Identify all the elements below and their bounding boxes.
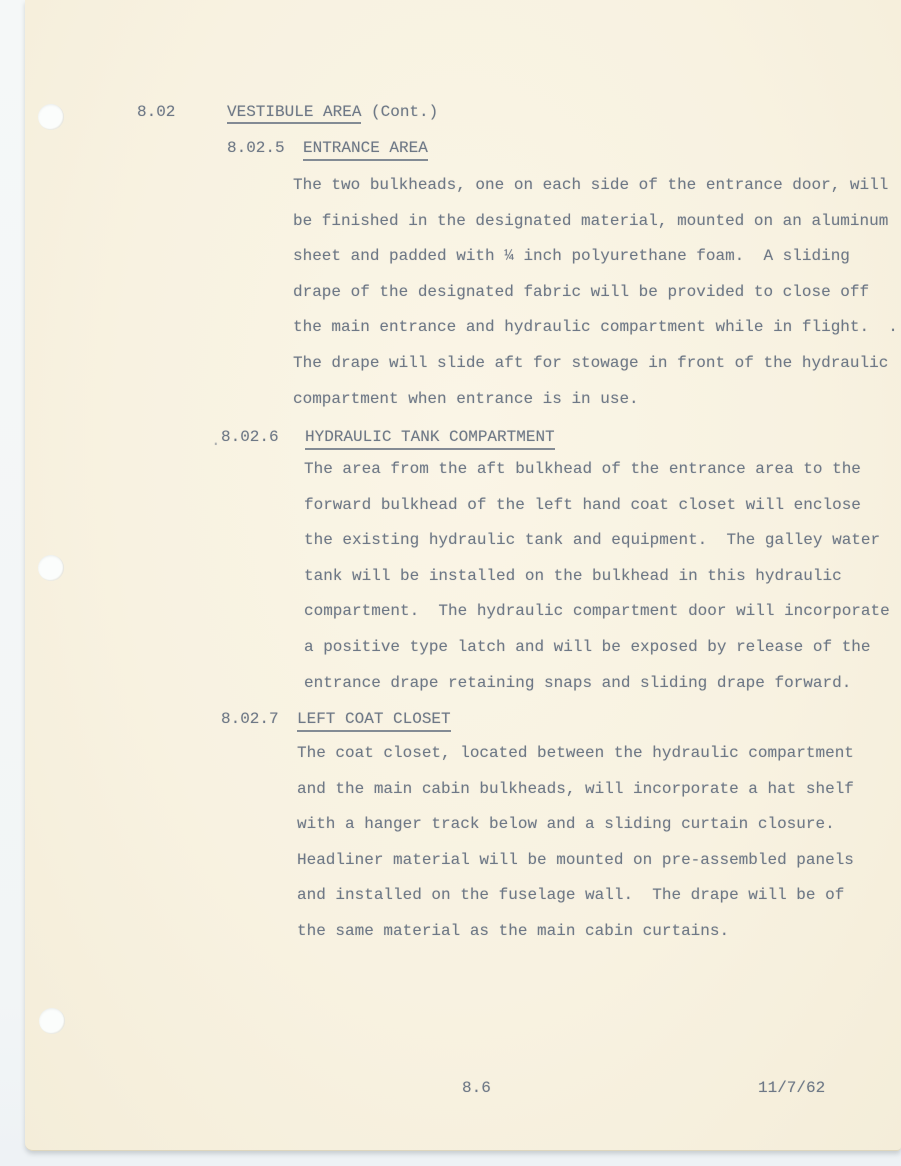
body-line: Headliner material will be mounted on pr… [297,843,854,879]
body-line: compartment. The hydraulic compartment d… [304,594,890,630]
body-line: The drape will slide aft for stowage in … [293,346,898,382]
body-line: be finished in the designated material, … [293,204,898,240]
subsection-title: LEFT COAT CLOSET [297,710,451,732]
body-line: with a hanger track below and a sliding … [297,807,854,843]
body-line: entrance drape retaining snaps and slidi… [304,666,890,702]
section-number: 8.02 [137,103,175,122]
body-line: The area from the aft bulkhead of the en… [304,452,890,488]
body-line: the main entrance and hydraulic compartm… [293,310,898,346]
body-line: sheet and padded with ¼ inch polyurethan… [293,239,898,275]
subsection-body: The coat closet, located between the hyd… [297,736,854,950]
body-line: the same material as the main cabin curt… [297,914,854,950]
subsection-number: 8.02.6 [221,428,279,447]
subsection-title: ENTRANCE AREA [303,139,428,161]
footer-page-number: 8.6 [462,1079,491,1098]
body-line: forward bulkhead of the left hand coat c… [304,488,890,524]
section-title-suffix: (Cont.) [361,103,438,121]
body-line: drape of the designated fabric will be p… [293,275,898,311]
body-line: and the main cabin bulkheads, will incor… [297,772,854,808]
body-line: a positive type latch and will be expose… [304,630,890,666]
body-line: The two bulkheads, one on each side of t… [293,168,898,204]
section-heading: VESTIBULE AREA (Cont.) [227,103,438,122]
stray-mark: . [211,432,221,451]
punch-hole-middle [38,555,64,581]
footer-date: 11/7/62 [758,1079,825,1098]
subsection-title: HYDRAULIC TANK COMPARTMENT [305,428,555,450]
subsection-number: 8.02.7 [221,710,279,729]
subsection-body: The two bulkheads, one on each side of t… [293,168,898,417]
body-line: tank will be installed on the bulkhead i… [304,559,890,595]
subsection-number: 8.02.5 [227,139,285,158]
body-line: compartment when entrance is in use. [293,382,898,418]
body-line: the existing hydraulic tank and equipmen… [304,523,890,559]
punch-hole-bottom [39,1008,65,1034]
subsection-body: The area from the aft bulkhead of the en… [304,452,890,701]
body-line: and installed on the fuselage wall. The … [297,878,854,914]
section-title: VESTIBULE AREA [227,103,361,124]
body-line: The coat closet, located between the hyd… [297,736,854,772]
punch-hole-top [38,104,64,130]
scanned-document-page: 8.02 VESTIBULE AREA (Cont.) 8.02.5 ENTRA… [0,0,901,1166]
